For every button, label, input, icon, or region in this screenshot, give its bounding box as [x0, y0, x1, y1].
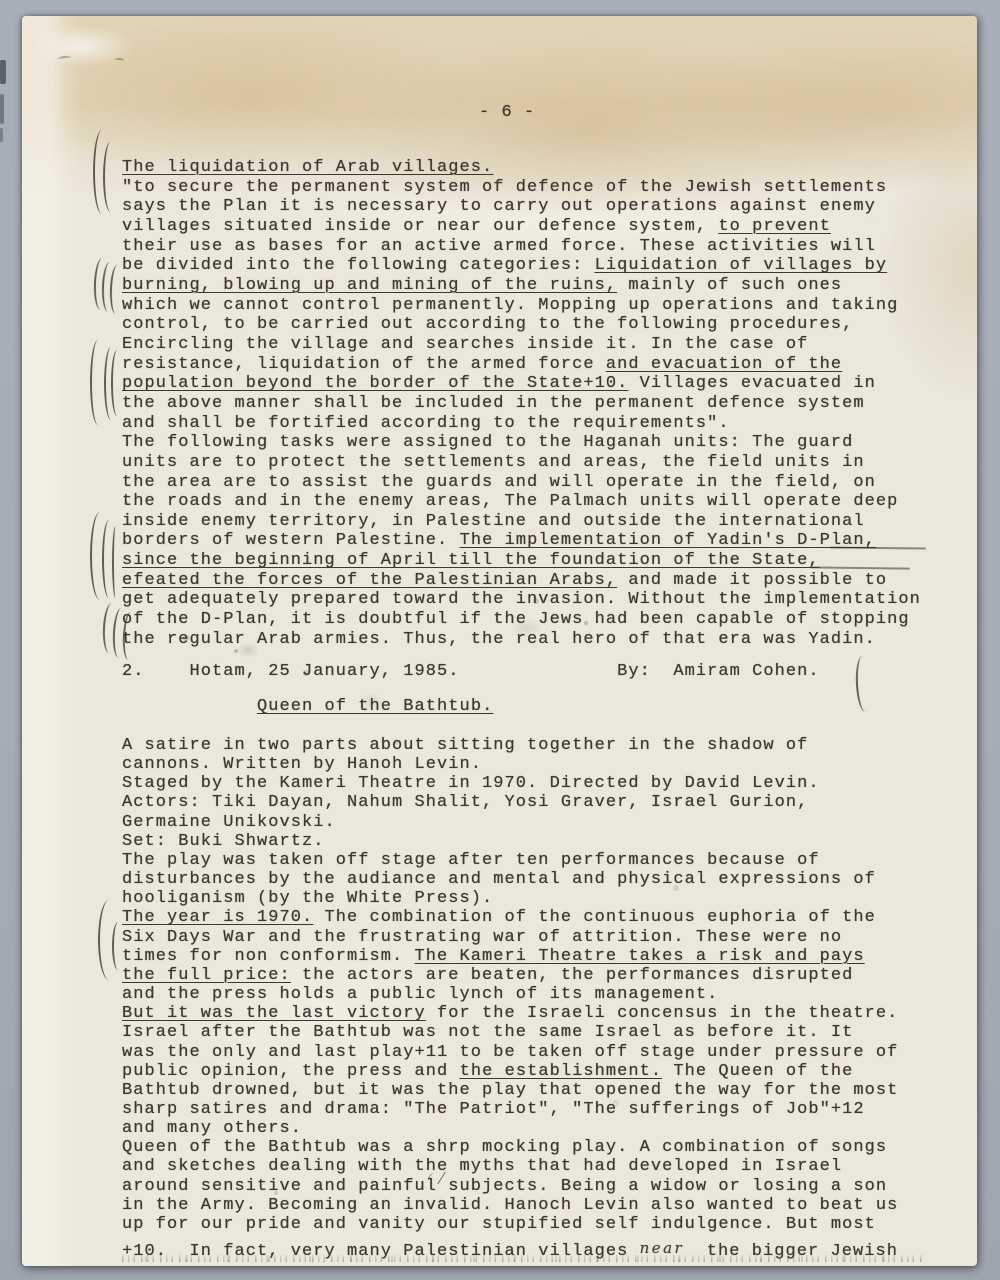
- cut-off-text-line: [122, 1255, 924, 1262]
- text-line: Queen of the Bathtub was a shrp mocking …: [122, 1138, 898, 1157]
- text-line: The following tasks were assigned to the…: [122, 433, 921, 453]
- text-line: since the beginning of April till the fo…: [122, 551, 921, 571]
- section-queen-of-the-bathtub: A satire in two parts about sitting toge…: [122, 736, 898, 1234]
- text-line: resistance, liquidation of the armed for…: [122, 355, 921, 375]
- text-line: around sensitive and painful subjects. B…: [122, 1177, 898, 1196]
- text-line: Israel after the Bathtub was not the sam…: [122, 1023, 898, 1042]
- text-line: But it was the last victory for the Isra…: [122, 1004, 898, 1023]
- section-title-queen-of-the-bathtub: Queen of the Bathtub.: [122, 697, 493, 717]
- text-line: cannons. Written by Hanoh Levin.: [122, 755, 898, 774]
- text-line: Germaine Unikovski.: [122, 813, 898, 832]
- text-line: their use as bases for an active armed f…: [122, 237, 921, 257]
- text-line: villages situated inside or near our def…: [122, 217, 921, 237]
- section-liquidation: The liquidation of Arab villages. "to se…: [122, 158, 921, 649]
- handwritten-paren-mark: [111, 350, 123, 416]
- text-line: the regular Arab armies. Thus, the real …: [122, 630, 921, 650]
- text-line: Six Days War and the frustrating war of …: [122, 928, 898, 947]
- text-line: of the D-Plan, it is doubtful if the Jew…: [122, 610, 921, 630]
- scanner-edge-smudge: [0, 128, 3, 142]
- text-line: the area are to assist the guards and wi…: [122, 473, 921, 493]
- text-line: control, to be carried out according to …: [122, 315, 921, 335]
- text-line: Queen of the Bathtub.: [122, 697, 493, 717]
- text-line: be divided into the following categories…: [122, 256, 921, 276]
- text-line: inside enemy territory, in Palestine and…: [122, 512, 921, 532]
- text-line: the full price: the actors are beaten, t…: [122, 966, 898, 985]
- handwritten-paren-mark: [855, 656, 874, 713]
- text-line: and many others.: [122, 1119, 898, 1138]
- text-line: times for non conformism. The Kameri The…: [122, 947, 898, 966]
- pencil-scribble: [115, 58, 124, 64]
- document-page: - 6 - The liquidation of Arab villages. …: [22, 16, 977, 1266]
- text-line: Actors: Tiki Dayan, Nahum Shalit, Yosi G…: [122, 793, 898, 812]
- handwritten-paren-mark: [103, 142, 118, 212]
- text-line: the above manner shall be included in th…: [122, 394, 921, 414]
- text-line: sharp satires and drama: "The Patriot", …: [122, 1100, 898, 1119]
- text-line: hooliganism (by the White Press).: [122, 889, 898, 908]
- scanner-edge-smudge: [0, 60, 6, 84]
- text-line: population beyond the border of the Stat…: [122, 374, 921, 394]
- text-line: up for our pride and vanity our stupifie…: [122, 1215, 898, 1234]
- text-line: Encircling the village and searches insi…: [122, 335, 921, 355]
- section-title-liquidation: The liquidation of Arab villages.: [122, 158, 921, 178]
- section-liquidation-body: "to secure the permanent system of defen…: [122, 178, 921, 650]
- page-number: - 6 -: [479, 103, 535, 123]
- pencil-scribble: [58, 55, 71, 61]
- handwritten-paren-mark: [112, 526, 119, 598]
- scanner-edge-smudge: [0, 94, 4, 124]
- text-line: in the Army. Becoming an invalid. Hanoch…: [122, 1196, 898, 1215]
- text-line: public opinion, the press and the establ…: [122, 1062, 898, 1081]
- byline: 2. Hotam, 25 January, 1985. By: Amiram C…: [122, 662, 820, 682]
- scanned-document: - 6 - The liquidation of Arab villages. …: [0, 0, 1000, 1280]
- text-line: "to secure the permanent system of defen…: [122, 178, 921, 198]
- text-line: was the only and last play+11 to be take…: [122, 1043, 898, 1062]
- text-line: A satire in two parts about sitting toge…: [122, 736, 898, 755]
- text-line: units are to protect the settlements and…: [122, 453, 921, 473]
- text-line: which we cannot control permanently. Mop…: [122, 296, 921, 316]
- text-line: Set: Buki Shwartz.: [122, 832, 898, 851]
- text-line: says the Plan it is necessary to carry o…: [122, 197, 921, 217]
- text-line: The play was taken off stage after ten p…: [122, 851, 898, 870]
- text-line: get adequately prepared toward the invas…: [122, 590, 921, 610]
- text-line: The year is 1970. The combination of the…: [122, 908, 898, 927]
- text-line: Staged by the Kameri Theatre in 1970. Di…: [122, 774, 898, 793]
- text-line: efeated the forces of the Palestinian Ar…: [122, 571, 921, 591]
- text-line: 2. Hotam, 25 January, 1985. By: Amiram C…: [122, 662, 820, 682]
- text-line: The liquidation of Arab villages.: [122, 158, 921, 178]
- text-line: and sketches dealing with the myths that…: [122, 1157, 898, 1176]
- text-line: burning, blowing up and mining of the ru…: [122, 276, 921, 296]
- text-line: and shall be fortified according to the …: [122, 414, 921, 434]
- handwritten-paren-mark: [112, 922, 124, 970]
- text-line: the roads and in the enemy areas, The Pa…: [122, 492, 921, 512]
- text-line: Bathtub drowned, but it was the play tha…: [122, 1081, 898, 1100]
- text-line: disturbances by the audiance and mental …: [122, 870, 898, 889]
- text-line: and the press holds a public lynch of it…: [122, 985, 898, 1004]
- text-line: borders of western Palestine. The implem…: [122, 531, 921, 551]
- ink-speckles: [22, 16, 24, 18]
